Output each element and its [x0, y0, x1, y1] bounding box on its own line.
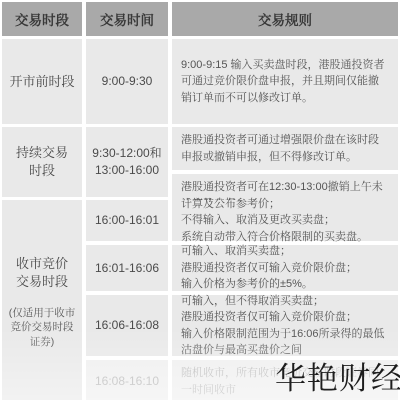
rule-cell: 可输入，但不得取消买卖盘； 港股通投资者仅可输入竞价限价盘； 输入价格限制范围为…	[172, 295, 398, 356]
rule-cell: 可输入、取消买卖盘； 港股通投资者仅可输入竞价限价盘； 输入价格为参考价的±5%…	[172, 245, 398, 291]
session-cell: 开市前时段	[2, 39, 82, 124]
table-header-row: 交易时段 交易时间 交易规则	[2, 2, 398, 36]
rule-stack: 港股通投资者可通过增强限价盘在该时段申报或撤销申报，但不得修改订单。 港股通投资…	[172, 127, 398, 197]
session-block: 收市竞价 交易时段 (仅适用于收市 竞价交易时段 证券)	[9, 253, 76, 349]
table-row-pre-opening: 开市前时段 9:00-9:30 9:00-9:15 输入买卖盘时段，港股通投资者…	[2, 39, 398, 124]
time-cell: 9:30-12:00和 13:00-16:00	[86, 127, 168, 197]
time-cell: 9:00-9:30	[86, 39, 168, 124]
header-rules: 交易规则	[172, 2, 398, 36]
trading-sessions-table: 交易时段 交易时间 交易规则 开市前时段 9:00-9:30 9:00-9:15…	[2, 2, 398, 400]
subrow-16-06: 16:06-16:08 可输入，但不得取消买卖盘； 港股通投资者仅可输入竞价限价…	[86, 295, 398, 356]
header-session: 交易时段	[2, 2, 82, 36]
session-cell: 持续交易 时段	[2, 127, 82, 197]
session-label: 收市竞价 交易时段	[14, 253, 70, 292]
session-cell-merged: 收市竞价 交易时段 (仅适用于收市 竞价交易时段 证券)	[2, 200, 82, 400]
table-row-continuous-trading: 持续交易 时段 9:30-12:00和 13:00-16:00 港股通投资者可通…	[2, 127, 398, 197]
rule-cell: 9:00-9:15 输入买卖盘时段，港股通投资者可通过竞价限价盘申报，并且期间仅…	[172, 39, 398, 124]
session-note: (仅适用于收市 竞价交易时段 证券)	[9, 306, 76, 350]
header-time: 交易时间	[86, 2, 168, 36]
trading-sessions-table-page: 交易时段 交易时间 交易规则 开市前时段 9:00-9:30 9:00-9:15…	[0, 0, 400, 400]
subrow-16-01: 16:01-16:06 可输入、取消买卖盘； 港股通投资者仅可输入竞价限价盘； …	[86, 245, 398, 291]
rule-cell: 港股通投资者可通过增强限价盘在该时段申报或撤销申报，但不得修改订单。	[172, 127, 398, 170]
time-cell: 16:06-16:08	[86, 295, 168, 356]
time-cell: 16:08-16:10	[86, 360, 168, 400]
watermark-text: 华艳财经	[275, 353, 400, 398]
time-cell: 16:01-16:06	[86, 245, 168, 291]
rule-cell: 计算及公布参考价； 不得输入、取消及更改买卖盘； 系统自动带入符合价格限制的买卖…	[172, 200, 398, 241]
time-cell: 16:00-16:01	[86, 200, 168, 241]
subrow-16-00: 16:00-16:01 计算及公布参考价； 不得输入、取消及更改买卖盘； 系统自…	[86, 200, 398, 241]
